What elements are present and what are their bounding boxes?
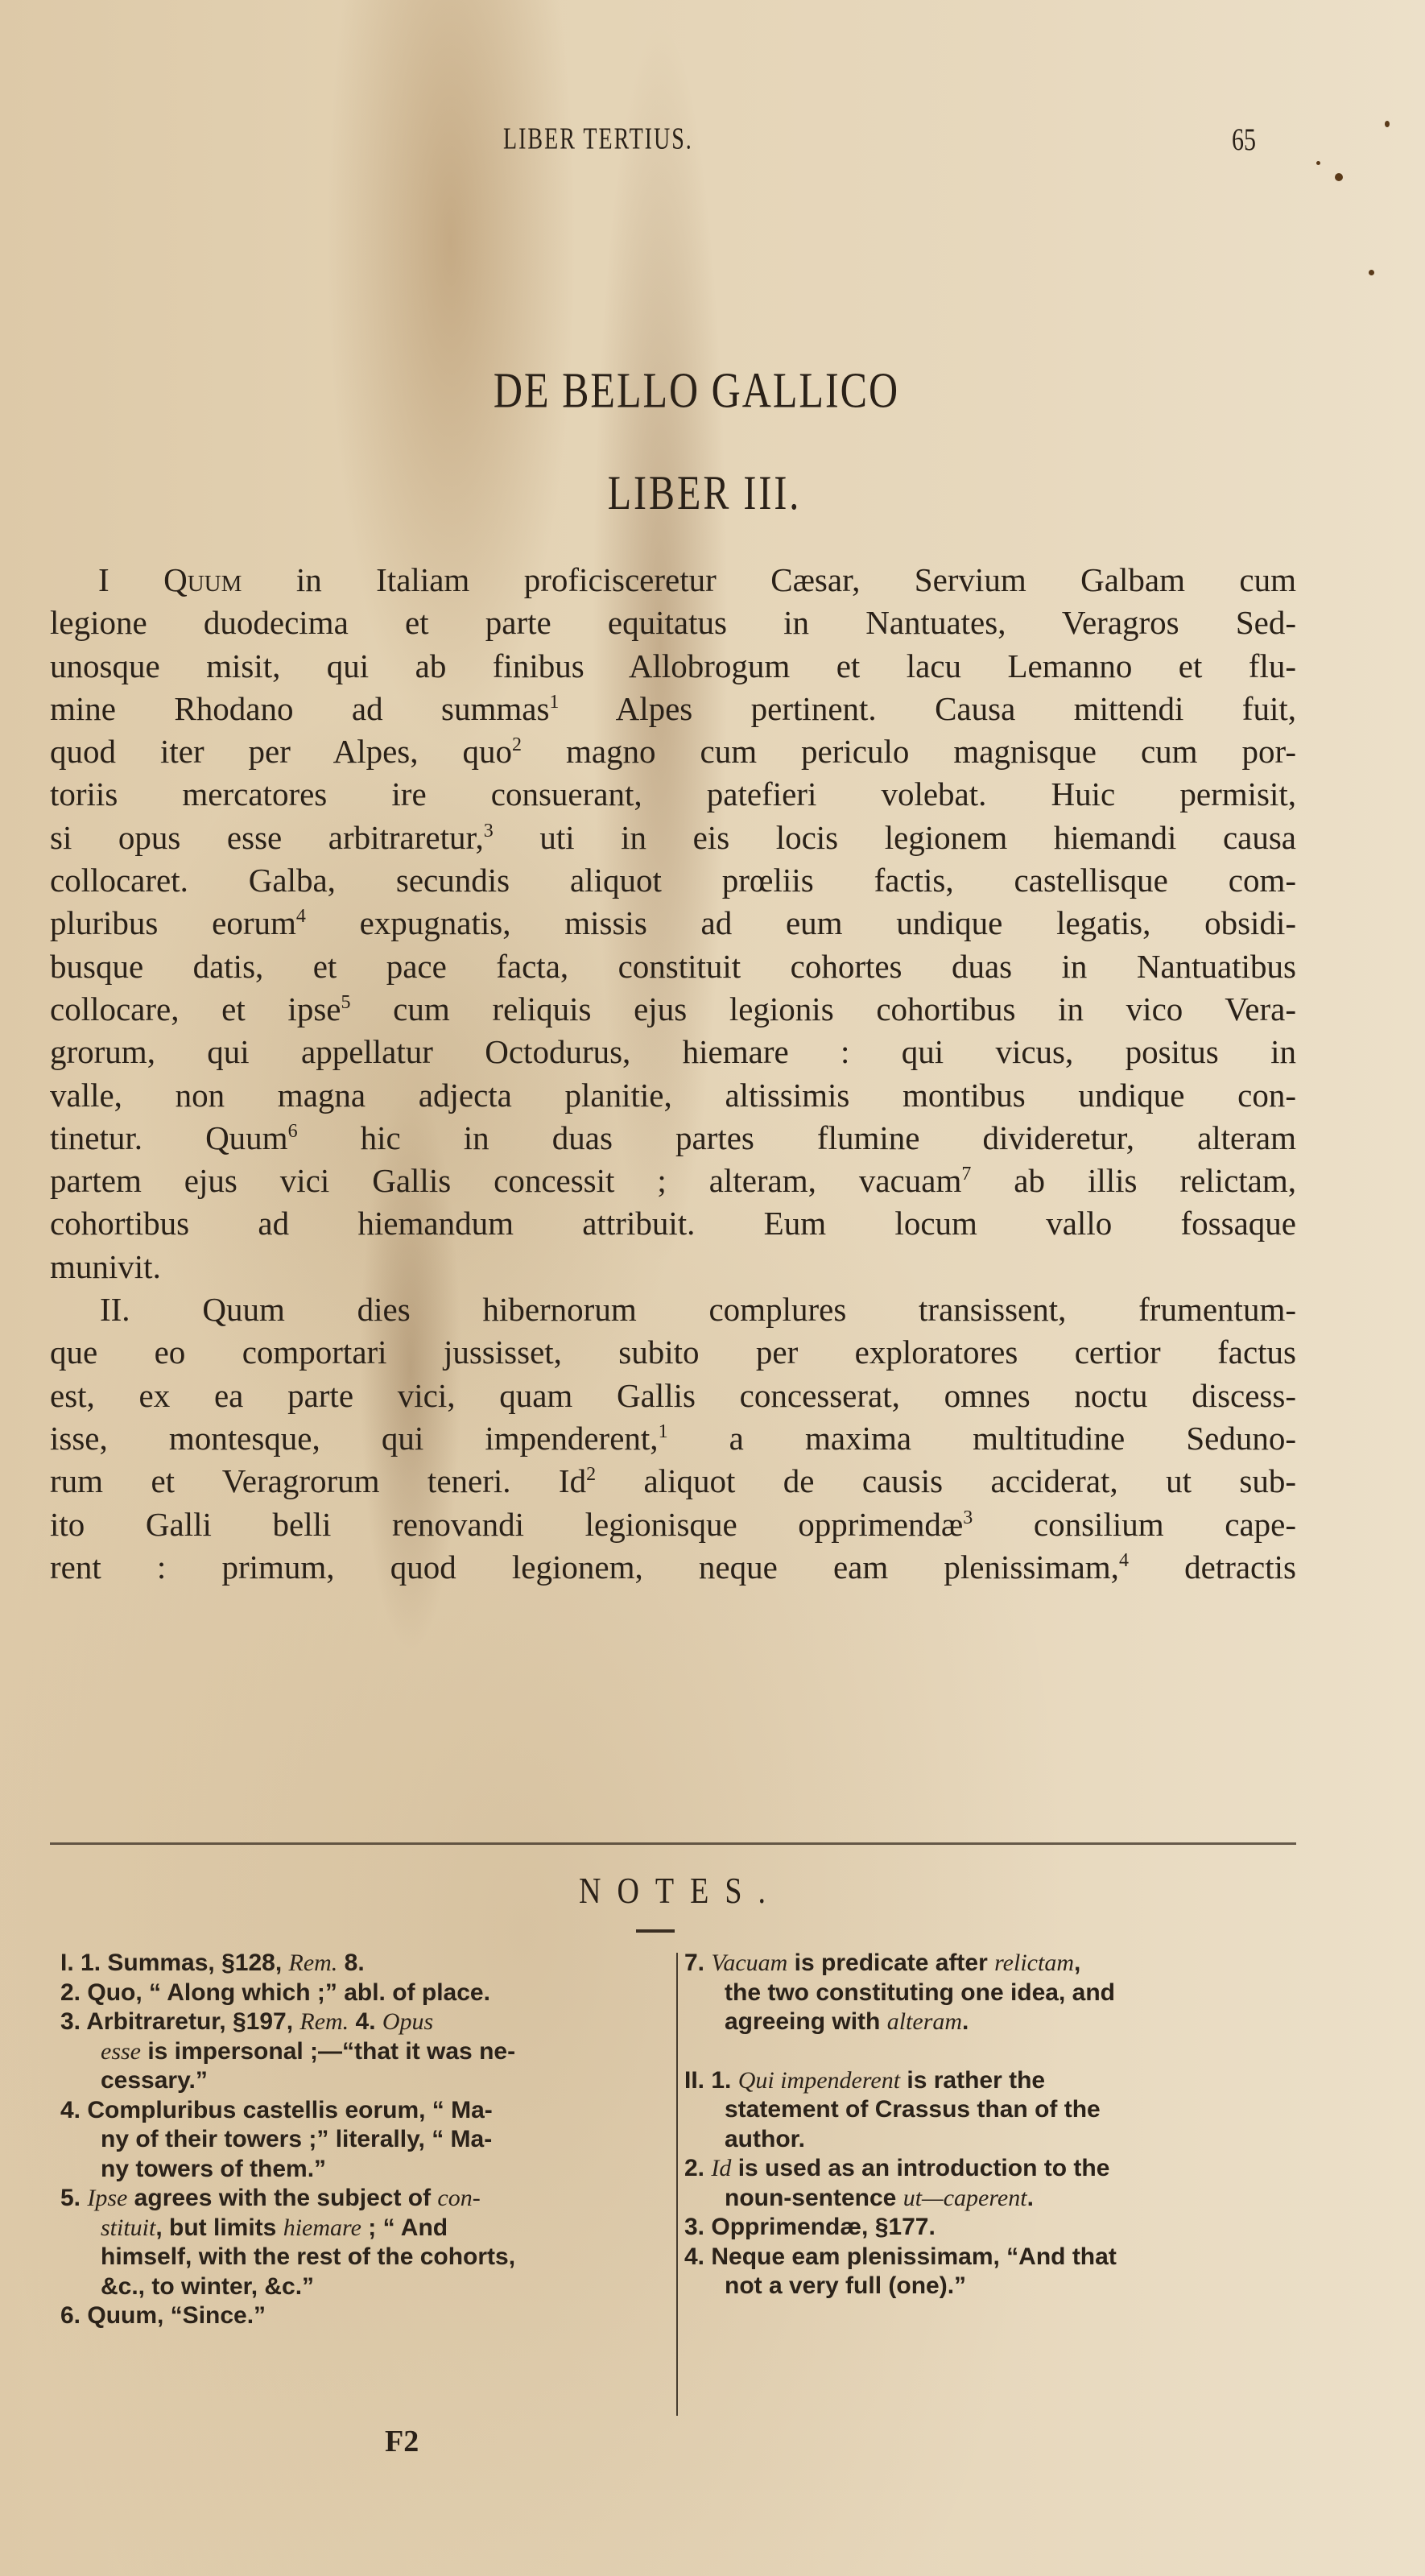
- note-line: 2. Quo, “ Along which ;” abl. of place.: [60, 1979, 660, 2008]
- text-line: pluribus eorum4 expugnatis, missis ad eu…: [50, 902, 1296, 945]
- note-line: 5. Ipse agrees with the subject of con-: [60, 2184, 660, 2214]
- note-line: 7. Vacuam is predicate after relictam,: [684, 1949, 1272, 1979]
- note-line: esse is impersonal ;—“that it was ne-: [60, 2037, 660, 2067]
- note-line: cessary.”: [60, 2066, 660, 2096]
- footnote-marker: 1: [549, 692, 559, 713]
- book-page: Liber Tertius. 65 DE BELLO GALLICO LIBER…: [0, 0, 1425, 2576]
- foxing-speck: [1385, 121, 1390, 127]
- text-line: tinetur. Quum6 hic in duas partes flumin…: [50, 1117, 1296, 1160]
- foxing-speck: [1316, 161, 1320, 165]
- footnote-marker: 2: [512, 734, 522, 755]
- footnote-marker: 3: [484, 821, 494, 841]
- note-line: himself, with the rest of the cohorts,: [60, 2243, 660, 2272]
- running-title: Liber Tertius.: [503, 122, 693, 157]
- footnote-marker: 2: [586, 1464, 596, 1485]
- page-number: 65: [1232, 122, 1256, 158]
- text-line: unosque misit, qui ab finibus Allobrogum…: [50, 645, 1296, 688]
- work-title: DE BELLO GALLICO: [0, 361, 1425, 420]
- book-title: LIBER III.: [0, 465, 1425, 521]
- text-line: grorum, qui appellatur Octodurus, hiemar…: [50, 1031, 1296, 1073]
- text-line: I Quum in Italiam proficisceretur Cæsar,…: [50, 559, 1296, 602]
- footnote-marker: 1: [659, 1421, 668, 1442]
- note-line: the two constituting one idea, and: [684, 1979, 1272, 2008]
- note-line: 2. Id is used as an introduction to the: [684, 2154, 1272, 2184]
- notes-column-left: I. 1. Summas, §128, Rem. 8.2. Quo, “ Alo…: [60, 1949, 660, 2331]
- note-line: 4. Neque eam plenissimam, “And that: [684, 2243, 1272, 2272]
- text-line: toriis mercatores ire consuerant, patefi…: [50, 773, 1296, 816]
- text-line: rum et Veragrorum teneri. Id2 aliquot de…: [50, 1460, 1296, 1503]
- small-caps-word: Quum: [163, 561, 242, 598]
- note-line: not a very full (one).”: [684, 2272, 1272, 2301]
- text-line: partem ejus vici Gallis concessit ; alte…: [50, 1160, 1296, 1202]
- footnote-marker: 3: [963, 1507, 973, 1528]
- signature-mark: F2: [385, 2424, 419, 2459]
- text-line: si opus esse arbitraretur,3 uti in eis l…: [50, 817, 1296, 859]
- notes-separator-rule: [50, 1842, 1296, 1845]
- note-line: 3. Opprimendæ, §177.: [684, 2213, 1272, 2243]
- latin-text-body: I Quum in Italiam proficisceretur Cæsar,…: [50, 559, 1296, 1589]
- note-line: &c., to winter, &c.”: [60, 2272, 660, 2302]
- note-line: 4. Compluribus castellis eorum, “ Ma-: [60, 2096, 660, 2126]
- note-line: agreeing with alteram.: [684, 2007, 1272, 2037]
- note-line: noun-sentence ut—caperent.: [684, 2184, 1272, 2214]
- note-line: I. 1. Summas, §128, Rem. 8.: [60, 1949, 660, 1979]
- text-line: collocaret. Galba, secundis aliquot prœl…: [50, 859, 1296, 902]
- footnote-marker: 5: [341, 992, 350, 1013]
- foxing-speck: [1335, 173, 1343, 181]
- text-line: rent : primum, quod legionem, neque eam …: [50, 1546, 1296, 1589]
- text-line: ito Galli belli renovandi legionisque op…: [50, 1503, 1296, 1546]
- foxing-speck: [1369, 270, 1374, 275]
- note-line: ny of their towers ;” literally, “ Ma-: [60, 2125, 660, 2155]
- note-line: ny towers of them.”: [60, 2155, 660, 2185]
- notes-heading: NOTES.: [0, 1870, 1425, 1912]
- text-line: cohortibus ad hiemandum attribuit. Eum l…: [50, 1202, 1296, 1245]
- text-line: que eo comportari jussisset, subito per …: [50, 1331, 1296, 1374]
- text-line: legione duodecima et parte equitatus in …: [50, 602, 1296, 644]
- note-line: 6. Quum, “Since.”: [60, 2301, 660, 2331]
- note-line: author.: [684, 2125, 1272, 2155]
- footnote-marker: 4: [296, 906, 306, 927]
- text-line: collocare, et ipse5 cum reliquis ejus le…: [50, 988, 1296, 1031]
- text-line: munivit.: [50, 1246, 1296, 1288]
- notes-column-divider: [676, 1953, 678, 2416]
- notes-gap: [684, 2037, 1272, 2066]
- note-line: 3. Arbitraretur, §197, Rem. 4. Opus: [60, 2007, 660, 2037]
- notes-column-right: 7. Vacuam is predicate after relictam,th…: [684, 1949, 1272, 2301]
- note-line: II. 1. Qui impenderent is rather the: [684, 2066, 1272, 2096]
- text-line: mine Rhodano ad summas1 Alpes pertinent.…: [50, 688, 1296, 730]
- text-line: busque datis, et pace facta, constituit …: [50, 945, 1296, 988]
- text-line: est, ex ea parte vici, quam Gallis conce…: [50, 1375, 1296, 1417]
- note-line: statement of Crassus than of the: [684, 2095, 1272, 2125]
- text-line: isse, montesque, qui impenderent,1 a max…: [50, 1417, 1296, 1460]
- notes-short-rule: [636, 1929, 675, 1933]
- text-line: valle, non magna adjecta planitie, altis…: [50, 1074, 1296, 1117]
- footnote-marker: 4: [1119, 1550, 1129, 1571]
- footnote-marker: 6: [288, 1121, 298, 1142]
- running-head: Liber Tertius. 65: [0, 122, 1425, 155]
- footnote-marker: 7: [961, 1164, 971, 1185]
- text-line: quod iter per Alpes, quo2 magno cum peri…: [50, 730, 1296, 773]
- note-line: stituit, but limits hiemare ; “ And: [60, 2214, 660, 2243]
- text-line: II. Quum dies hibernorum complures trans…: [50, 1288, 1296, 1331]
